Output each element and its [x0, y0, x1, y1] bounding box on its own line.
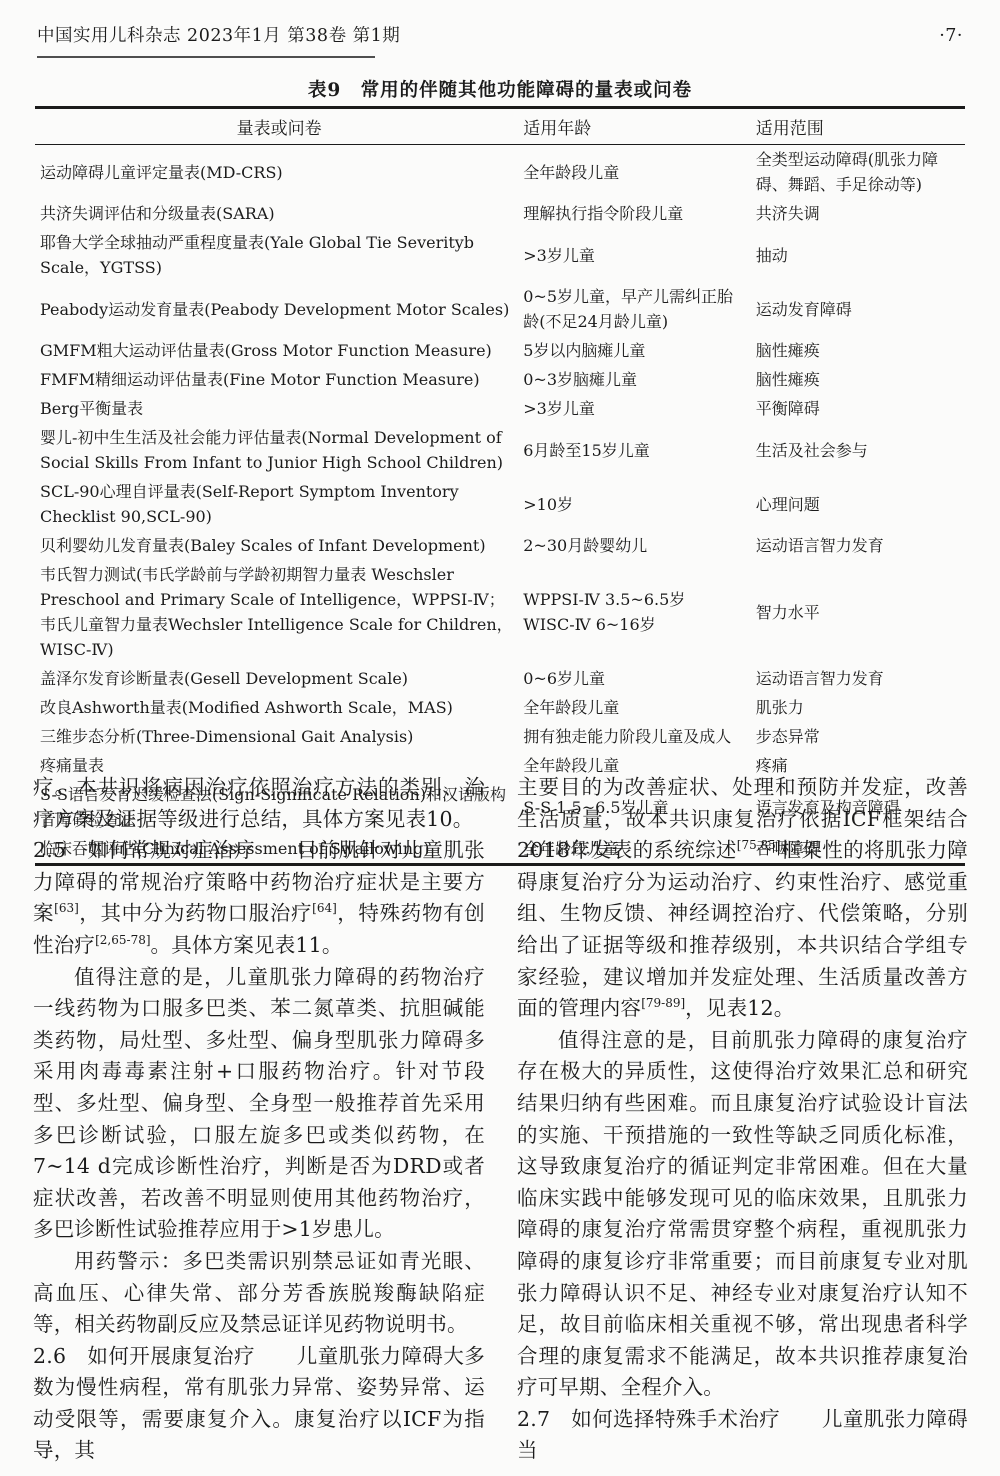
age-cell: 全年龄段儿童 — [523, 145, 756, 200]
table-row: Peabody运动发育量表(Peabody Development Motor … — [35, 282, 965, 336]
text-segment: 框架性的将肌张力障碍康复治疗分为运动治疗、约束性治疗、感觉重组、生物反馈、神经调… — [517, 838, 968, 1020]
scale-cell: 耶鲁大学全球抽动严重程度量表(Yale Global Tie Severityb… — [35, 228, 523, 282]
scope-cell: 全类型运动障碍(肌张力障碍、舞蹈、手足徐动等) — [756, 145, 965, 200]
header-rule — [37, 56, 375, 58]
running-head: 中国实用儿科杂志 2023年1月 第38卷 第1期 ·7· — [37, 22, 963, 47]
scale-cell: FMFM精细运动评估量表(Fine Motor Function Measure… — [35, 365, 523, 394]
table-row: FMFM精细运动评估量表(Fine Motor Function Measure… — [35, 365, 965, 394]
scope-cell: 脑性瘫痪 — [756, 365, 965, 394]
scale-cell: 共济失调评估和分级量表(SARA) — [35, 199, 523, 228]
age-cell: >3岁儿童 — [523, 394, 756, 423]
age-cell: WPPSI-Ⅳ 3.5~6.5岁 WISC-Ⅳ 6~16岁 — [523, 560, 756, 664]
scope-cell: 肌张力 — [756, 693, 965, 722]
scale-cell: 婴儿-初中生生活及社会能力评估量表(Normal Development of … — [35, 423, 523, 477]
age-cell: 6月龄至15岁儿童 — [523, 423, 756, 477]
scale-cell: Berg平衡量表 — [35, 394, 523, 423]
age-cell: 0~5岁儿童，早产儿需纠正胎龄(不足24月龄儿童) — [523, 282, 756, 336]
column-header-age: 适用年龄 — [523, 108, 756, 145]
scale-cell: 三维步态分析(Three-Dimensional Gait Analysis) — [35, 722, 523, 751]
table-row: 共济失调评估和分级量表(SARA)理解执行指令阶段儿童共济失调 — [35, 199, 965, 228]
age-cell: 拥有独走能力阶段儿童及成人 — [523, 722, 756, 751]
scope-cell: 生活及社会参与 — [756, 423, 965, 477]
text-segment: 2.6 如何开展康复治疗 儿童肌张力障碍大多数为慢性病程，常有肌张力异常、姿势异… — [33, 1344, 485, 1463]
scope-cell: 智力水平 — [756, 560, 965, 664]
citation-superscript: [2,65-78] — [95, 933, 150, 947]
citation-superscript: [75,85] — [737, 838, 781, 852]
page-number: ·7· — [939, 26, 963, 46]
table-row: 韦氏智力测试(韦氏学龄前与学龄初期智力量表 Weschsler Preschoo… — [35, 560, 965, 664]
column-header-scale: 量表或问卷 — [35, 108, 523, 145]
table-row: 耶鲁大学全球抽动严重程度量表(Yale Global Tie Severityb… — [35, 228, 965, 282]
text-segment: 用药警示：多巴类需识别禁忌证如青光眼、高血压、心律失常、部分芳香族脱羧酶缺陷症等… — [33, 1249, 485, 1336]
table-row: 运动障碍儿童评定量表(MD-CRS)全年龄段儿童全类型运动障碍(肌张力障碍、舞蹈… — [35, 145, 965, 200]
text-segment: 疗。本共识将病因治疗依照治疗方法的类别、治疗方案及证据等级进行总结，具体方案见表… — [33, 775, 485, 831]
journal-page: 中国实用儿科杂志 2023年1月 第38卷 第1期 ·7· 表9 常用的伴随其他… — [0, 0, 1000, 1476]
scope-cell: 运动语言智力发育 — [756, 664, 965, 693]
paragraph: 2.7 如何选择特殊手术治疗 儿童肌张力障碍当 — [517, 1404, 968, 1467]
scope-cell: 抽动 — [756, 228, 965, 282]
text-segment: 值得注意的是，儿童肌张力障碍的药物治疗一线药物为口服多巴类、苯二氮䓬类、抗胆碱能… — [33, 965, 485, 1242]
paragraph: 用药警示：多巴类需识别禁忌证如青光眼、高血压、心律失常、部分芳香族脱羧酶缺陷症等… — [33, 1246, 485, 1341]
scope-cell: 共济失调 — [756, 199, 965, 228]
paragraph: 主要目的为改善症状、处理和预防并发症，改善生活质量，故本共识康复治疗依据ICF框… — [517, 772, 968, 1025]
text-segment: 2.7 如何选择特殊手术治疗 儿童肌张力障碍当 — [517, 1407, 968, 1463]
paragraph: 疗。本共识将病因治疗依照治疗方法的类别、治疗方案及证据等级进行总结，具体方案见表… — [33, 772, 485, 835]
text-segment: ，见表12。 — [685, 996, 794, 1020]
scale-cell: 韦氏智力测试(韦氏学龄前与学龄初期智力量表 Weschsler Preschoo… — [35, 560, 523, 664]
scale-cell: SCL-90心理自评量表(Self-Report Symptom Invento… — [35, 477, 523, 531]
age-cell: 2~30月龄婴幼儿 — [523, 531, 756, 560]
age-cell: 5岁以内脑瘫儿童 — [523, 336, 756, 365]
age-cell: 理解执行指令阶段儿童 — [523, 199, 756, 228]
table-row: 婴儿-初中生生活及社会能力评估量表(Normal Development of … — [35, 423, 965, 477]
paragraph: 2.5 如何常规对症治疗 目前肌针对儿童肌张力障碍的常规治疗策略中药物治疗症状是… — [33, 835, 485, 961]
table-row: GMFM粗大运动评估量表(Gross Motor Function Measur… — [35, 336, 965, 365]
table-caption: 表9 常用的伴随其他功能障碍的量表或问卷 — [0, 76, 1000, 102]
scale-cell: 改良Ashworth量表(Modified Ashworth Scale，MAS… — [35, 693, 523, 722]
scales-table: 量表或问卷 适用年龄 适用范围 运动障碍儿童评定量表(MD-CRS)全年龄段儿童… — [35, 106, 965, 866]
age-cell: 0~3岁脑瘫儿童 — [523, 365, 756, 394]
scale-cell: 贝利婴幼儿发育量表(Baley Scales of Infant Develop… — [35, 531, 523, 560]
citation-superscript: [79-89] — [641, 996, 685, 1010]
paragraph: 2.6 如何开展康复治疗 儿童肌张力障碍大多数为慢性病程，常有肌张力异常、姿势异… — [33, 1341, 485, 1467]
table-row: SCL-90心理自评量表(Self-Report Symptom Invento… — [35, 477, 965, 531]
table-row: 三维步态分析(Three-Dimensional Gait Analysis)拥… — [35, 722, 965, 751]
citation-superscript: [64] — [312, 902, 337, 916]
text-segment: ，其中分为药物口服治疗 — [79, 901, 312, 925]
age-cell: 全年龄段儿童 — [523, 693, 756, 722]
scope-cell: 运动发育障碍 — [756, 282, 965, 336]
scope-cell: 运动语言智力发育 — [756, 531, 965, 560]
text-segment: 。具体方案见表11。 — [151, 933, 343, 957]
scope-cell: 脑性瘫痪 — [756, 336, 965, 365]
paragraph: 值得注意的是，目前肌张力障碍的康复治疗存在极大的异质性，这使得治疗效果汇总和研究… — [517, 1025, 968, 1404]
text-column-right: 主要目的为改善症状、处理和预防并发症，改善生活质量，故本共识康复治疗依据ICF框… — [517, 772, 968, 1467]
table-row: 贝利婴幼儿发育量表(Baley Scales of Infant Develop… — [35, 531, 965, 560]
scale-cell: 运动障碍儿童评定量表(MD-CRS) — [35, 145, 523, 200]
scale-cell: Peabody运动发育量表(Peabody Development Motor … — [35, 282, 523, 336]
scale-cell: GMFM粗大运动评估量表(Gross Motor Function Measur… — [35, 336, 523, 365]
column-header-scope: 适用范围 — [756, 108, 965, 145]
scope-cell: 平衡障碍 — [756, 394, 965, 423]
table-row: Berg平衡量表>3岁儿童平衡障碍 — [35, 394, 965, 423]
text-segment: 值得注意的是，目前肌张力障碍的康复治疗存在极大的异质性，这使得治疗效果汇总和研究… — [517, 1028, 968, 1400]
age-cell: 0~6岁儿童 — [523, 664, 756, 693]
scope-cell: 步态异常 — [756, 722, 965, 751]
age-cell: >10岁 — [523, 477, 756, 531]
citation-superscript: [63] — [54, 902, 79, 916]
paragraph: 值得注意的是，儿童肌张力障碍的药物治疗一线药物为口服多巴类、苯二氮䓬类、抗胆碱能… — [33, 962, 485, 1246]
table-header-row: 量表或问卷 适用年龄 适用范围 — [35, 108, 965, 145]
journal-title: 中国实用儿科杂志 2023年1月 第38卷 第1期 — [37, 22, 400, 47]
age-cell: >3岁儿童 — [523, 228, 756, 282]
text-column-left: 疗。本共识将病因治疗依照治疗方法的类别、治疗方案及证据等级进行总结，具体方案见表… — [33, 772, 485, 1467]
scope-cell: 心理问题 — [756, 477, 965, 531]
scale-cell: 盖泽尔发育诊断量表(Gesell Development Scale) — [35, 664, 523, 693]
table-row: 盖泽尔发育诊断量表(Gesell Development Scale)0~6岁儿… — [35, 664, 965, 693]
table-row: 改良Ashworth量表(Modified Ashworth Scale，MAS… — [35, 693, 965, 722]
scales-table-header: 量表或问卷 适用年龄 适用范围 — [35, 108, 965, 145]
scales-table-body: 运动障碍儿童评定量表(MD-CRS)全年龄段儿童全类型运动障碍(肌张力障碍、舞蹈… — [35, 145, 965, 865]
